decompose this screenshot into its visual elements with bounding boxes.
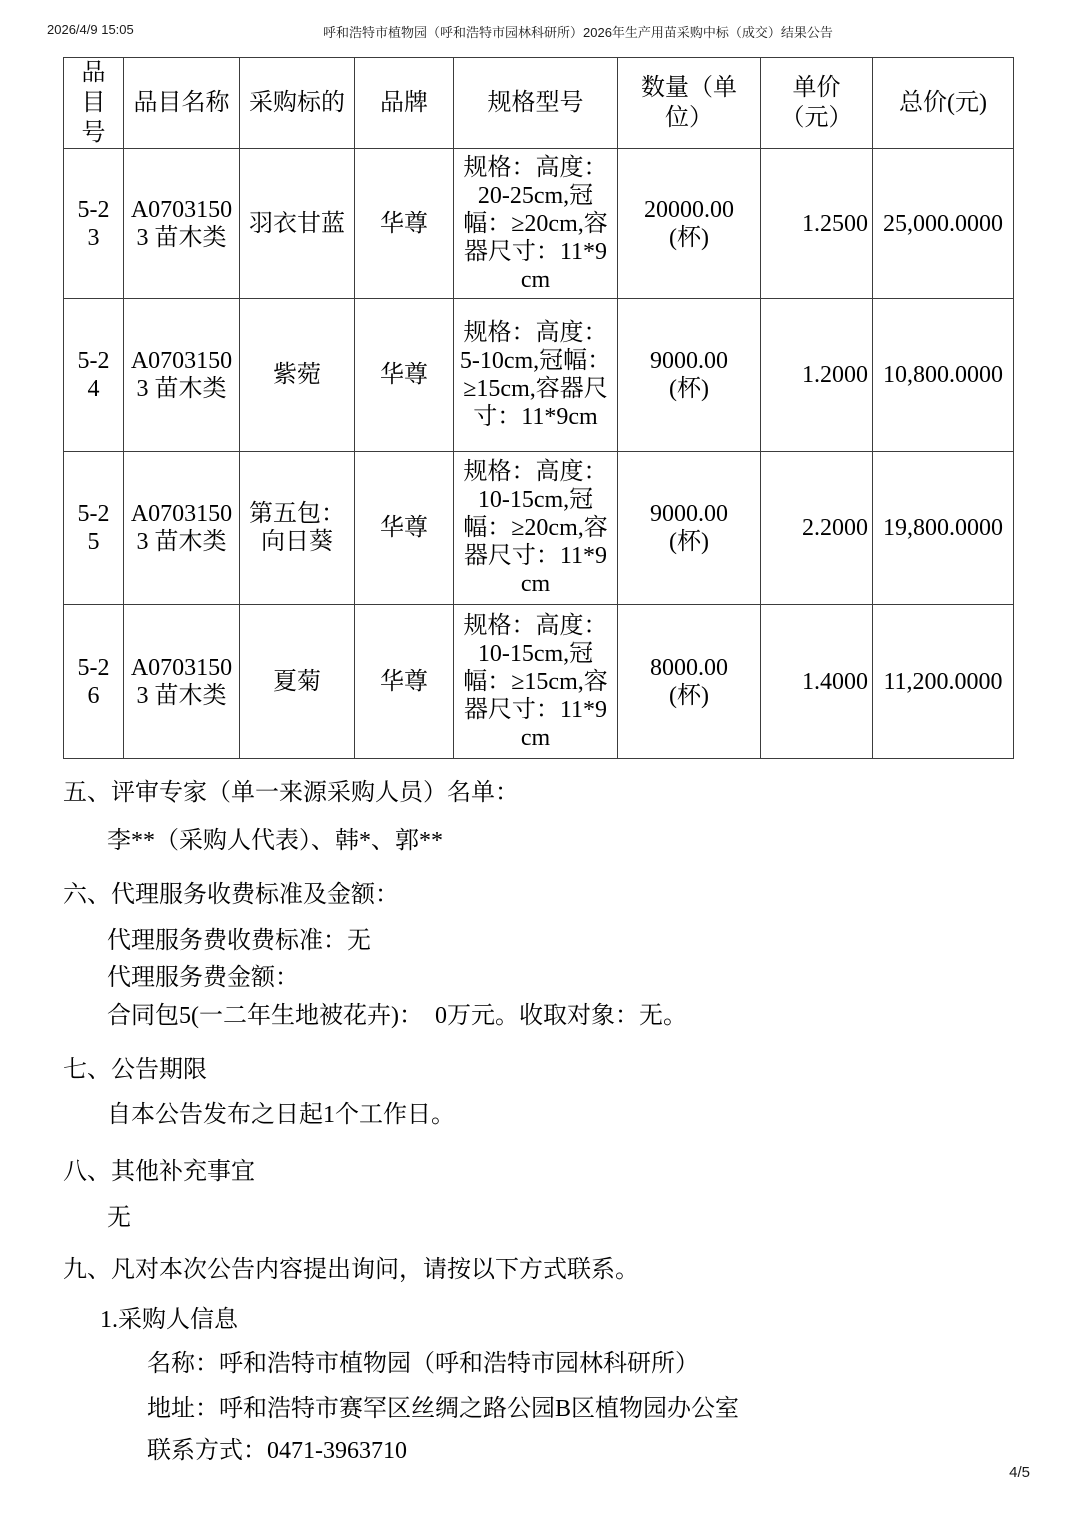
table-header-row: 品目号 品目名称 采购标的 品牌 规格型号 数量（单位） 单价（元） 总价(元) xyxy=(64,58,1014,149)
cell-item-name: A07031503 苗木类 xyxy=(124,299,240,452)
cell-quantity: 9000.00 (杯) xyxy=(618,299,761,452)
document-title: 呼和浩特市植物园（呼和浩特市园林科研所）2026年生产用苗采购中标（成交）结果公… xyxy=(323,22,833,41)
cell-total-price: 10,800.0000 xyxy=(873,299,1014,452)
cell-unit-price: 1.2000 xyxy=(761,299,873,452)
quantity-value: 9000.00 xyxy=(622,500,756,528)
print-header: 2026/4/9 15:05 呼和浩特市植物园（呼和浩特市园林科研所）2026年… xyxy=(0,22,1074,40)
purchaser-info-label: 1.采购人信息 xyxy=(100,1305,238,1335)
cell-target: 羽衣甘蓝 xyxy=(240,149,355,299)
procurement-results-table: 品目号 品目名称 采购标的 品牌 规格型号 数量（单位） 单价（元） 总价(元)… xyxy=(63,57,1014,759)
cell-item-no: 5-23 xyxy=(64,149,124,299)
cell-item-name: A07031503 苗木类 xyxy=(124,605,240,759)
section-9-heading: 九、凡对本次公告内容提出询问，请按以下方式联系。 xyxy=(63,1255,639,1285)
cell-item-no: 5-26 xyxy=(64,605,124,759)
cell-total-price: 25,000.0000 xyxy=(873,149,1014,299)
quantity-value: 9000.00 xyxy=(622,347,756,375)
print-datetime: 2026/4/9 15:05 xyxy=(47,22,134,37)
cell-spec: 规格：高度：10-15cm,冠幅：≥15cm,容器尺寸：11*9cm xyxy=(454,605,618,759)
cell-spec: 规格：高度：10-15cm,冠幅：≥20cm,容器尺寸：11*9cm xyxy=(454,452,618,605)
purchaser-contact: 联系方式：0471-3963710 xyxy=(147,1436,407,1466)
cell-quantity: 9000.00 (杯) xyxy=(618,452,761,605)
table-row: 5-26 A07031503 苗木类 夏菊 华尊 规格：高度：10-15cm,冠… xyxy=(64,605,1014,759)
table-row: 5-25 A07031503 苗木类 第五包：向日葵 华尊 规格：高度：10-1… xyxy=(64,452,1014,605)
column-header-quantity: 数量（单位） xyxy=(618,58,761,149)
section-8-heading: 八、其他补充事宜 xyxy=(63,1157,255,1187)
purchaser-address: 地址：呼和浩特市赛罕区丝绸之路公园B区植物园办公室 xyxy=(147,1394,739,1424)
section-5-heading: 五、评审专家（单一来源采购人员）名单： xyxy=(63,778,519,808)
column-header-item-name: 品目名称 xyxy=(124,58,240,149)
cell-brand: 华尊 xyxy=(355,149,454,299)
quantity-value: 8000.00 xyxy=(622,654,756,682)
cell-brand: 华尊 xyxy=(355,299,454,452)
section-5-expert-names: 李**（采购人代表）、韩*、郭** xyxy=(107,826,443,856)
column-header-target: 采购标的 xyxy=(240,58,355,149)
cell-spec: 规格：高度：5-10cm,冠幅：≥15cm,容器尺寸：11*9cm xyxy=(454,299,618,452)
cell-target: 夏菊 xyxy=(240,605,355,759)
column-header-item-no: 品目号 xyxy=(64,58,124,149)
quantity-unit: (杯) xyxy=(622,682,756,710)
cell-spec: 规格：高度：20-25cm,冠幅：≥20cm,容器尺寸：11*9cm xyxy=(454,149,618,299)
cell-total-price: 19,800.0000 xyxy=(873,452,1014,605)
cell-unit-price: 1.2500 xyxy=(761,149,873,299)
cell-brand: 华尊 xyxy=(355,605,454,759)
column-header-unit-price: 单价（元） xyxy=(761,58,873,149)
column-header-spec: 规格型号 xyxy=(454,58,618,149)
cell-unit-price: 2.2000 xyxy=(761,452,873,605)
section-8-content: 无 xyxy=(107,1203,131,1233)
section-6-heading: 六、代理服务收费标准及金额： xyxy=(63,880,399,910)
table-row: 5-23 A07031503 苗木类 羽衣甘蓝 华尊 规格：高度：20-25cm… xyxy=(64,149,1014,299)
column-header-brand: 品牌 xyxy=(355,58,454,149)
quantity-unit: (杯) xyxy=(622,224,756,252)
cell-unit-price: 1.4000 xyxy=(761,605,873,759)
cell-quantity: 20000.00 (杯) xyxy=(618,149,761,299)
quantity-unit: (杯) xyxy=(622,375,756,403)
cell-item-name: A07031503 苗木类 xyxy=(124,149,240,299)
announcement-period: 自本公告发布之日起1个工作日。 xyxy=(107,1100,455,1130)
cell-target: 紫菀 xyxy=(240,299,355,452)
cell-target: 第五包：向日葵 xyxy=(240,452,355,605)
agency-fee-standard: 代理服务费收费标准：无 xyxy=(107,926,371,956)
table-row: 5-24 A07031503 苗木类 紫菀 华尊 规格：高度：5-10cm,冠幅… xyxy=(64,299,1014,452)
cell-total-price: 11,200.0000 xyxy=(873,605,1014,759)
agency-fee-contract-detail: 合同包5(一二年生地被花卉)： 0万元。收取对象：无。 xyxy=(107,1001,687,1031)
cell-quantity: 8000.00 (杯) xyxy=(618,605,761,759)
agency-fee-amount-label: 代理服务费金额： xyxy=(107,963,299,993)
quantity-value: 20000.00 xyxy=(622,196,756,224)
purchaser-name: 名称：呼和浩特市植物园（呼和浩特市园林科研所） xyxy=(147,1349,699,1379)
cell-item-no: 5-24 xyxy=(64,299,124,452)
column-header-total-price: 总价(元) xyxy=(873,58,1014,149)
section-7-heading: 七、公告期限 xyxy=(63,1055,207,1085)
cell-item-name: A07031503 苗木类 xyxy=(124,452,240,605)
quantity-unit: (杯) xyxy=(622,528,756,556)
page-number: 4/5 xyxy=(1009,1464,1030,1481)
cell-item-no: 5-25 xyxy=(64,452,124,605)
cell-brand: 华尊 xyxy=(355,452,454,605)
